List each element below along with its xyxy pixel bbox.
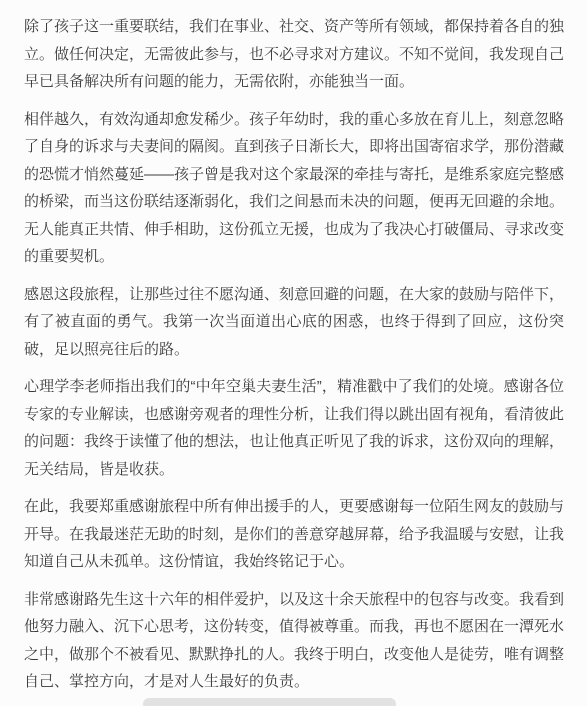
paragraph-independence: 除了孩子这一重要联结，我们在事业、社交、资产等所有领域，都保持着各自的独立。做任… [24,13,564,96]
paragraph-thanks-mr-lu: 非常感谢路先生这十六年的相伴爱护，以及这十余天旅程中的包容与改变。我看到他努力融… [24,586,564,696]
text-body: 除了孩子这一重要联结，我们在事业、社交、资产等所有领域，都保持着各自的独立。做任… [0,0,587,696]
bottom-divider [143,698,396,706]
paragraph-psychology-teacher: 心理学李老师指出我们的“中年空巢夫妻生活”，精准戳中了我们的处境。感谢各位专家的… [24,373,564,483]
paragraph-gratitude-journey: 感恩这段旅程，让那些过往不愿沟通、刻意回避的问题，在大家的鼓励与陪伴下，有了被直… [24,281,564,364]
document-page: 除了孩子这一重要联结，我们在事业、社交、资产等所有领域，都保持着各自的独立。做任… [0,0,587,706]
paragraph-thanks-netizens: 在此，我要郑重感谢旅程中所有伸出援手的人，更要感谢每一位陌生网友的鼓励与开导。在… [24,493,564,576]
paragraph-communication: 相伴越久，有效沟通却愈发稀少。孩子年幼时，我的重心多放在育儿上，刻意忽略了自身的… [24,106,564,271]
